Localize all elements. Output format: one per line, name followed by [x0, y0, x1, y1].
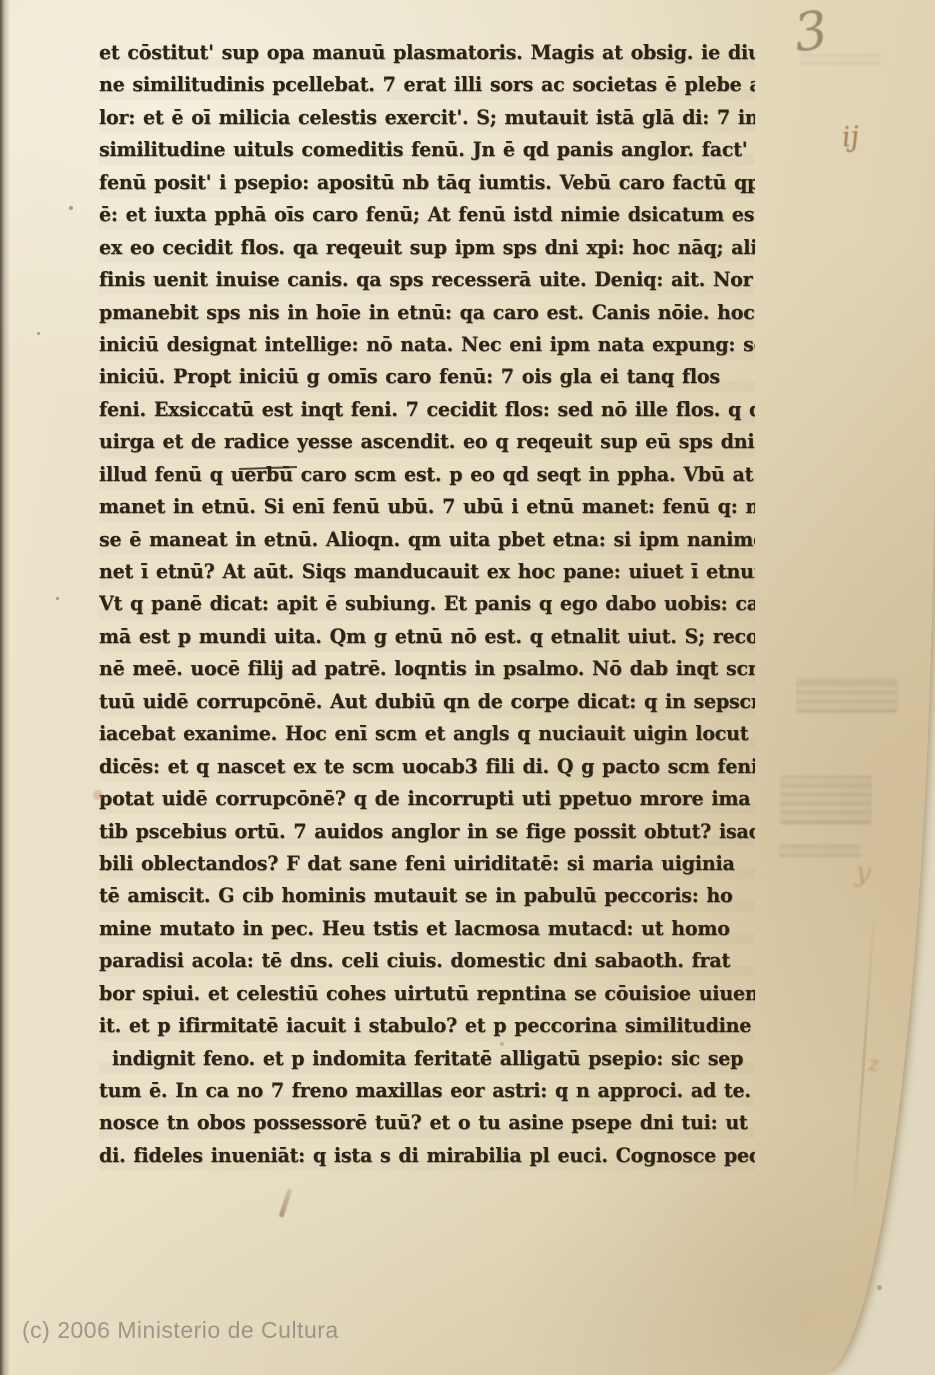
margin-mark: y: [854, 857, 872, 888]
parchment-speck: [56, 597, 59, 600]
manuscript-line: iniciū. Propt iniciū g omīs caro fenū: 7…: [99, 360, 755, 394]
manuscript-line: tuū uidē corrupcōnē. Aut dubiū qn de cor…: [99, 685, 755, 719]
manuscript-line: similitudine uituls comeditis fenū. Jn ē…: [99, 133, 755, 167]
faded-annotation: [779, 844, 861, 857]
manuscript-line: Vt q panē dicat: apit ē subiung. Et pani…: [99, 587, 755, 621]
manuscript-line: ē: et iuxta pphā oīs caro fenū; At fenū …: [99, 198, 755, 232]
manuscript-line: ne similitudinis pcellebat. 7 erat illi …: [99, 68, 755, 102]
manuscript-line: paradisi acola: tē dns. celi ciuis. dome…: [99, 944, 755, 978]
manuscript-line: se ē maneat in etnū. Alioqn. qm uita pbe…: [99, 523, 755, 557]
parchment-speck: [500, 1042, 504, 1046]
red-ink-spot: [93, 790, 103, 800]
manuscript-line: iacebat exanime. Hoc enī scm et angls q …: [99, 717, 755, 751]
text-block: et cōstitut' sup opa manuū plasmatoris. …: [99, 36, 755, 1171]
parchment-speck: [220, 598, 224, 602]
manuscript-line: ex eo cecidit flos. qa reqeuit sup ipm s…: [99, 231, 755, 265]
manuscript-line: it. et p ifirmitatē iacuit i stabulo? et…: [99, 1009, 755, 1043]
manuscript-line: iniciū designat intellige: nō nata. Nec …: [99, 328, 755, 362]
manuscript-line: illud fenū q uerbū caro scm est. p eo qd…: [99, 458, 755, 492]
parchment-speck: [37, 332, 40, 335]
quire-mark: ij: [841, 121, 860, 153]
manuscript-line: uirga et de radice yesse ascendit. eo q …: [99, 425, 755, 459]
manuscript-line: bili oblectandos? F dat sane feni uiridi…: [99, 847, 755, 881]
manuscript-line: net ī etnū? At aūt. Siqs manducauit ex h…: [99, 555, 755, 589]
manuscript-line: feni. Exsiccatū est inqt feni. 7 cecidit…: [99, 393, 755, 427]
manuscript-line: tib pscebius ortū. 7 auidos anglor in se…: [99, 815, 755, 849]
manuscript-line: potat uidē corrupcōnē? q de incorrupti u…: [99, 782, 755, 816]
manuscript-line: bor spiui. et celestiū cohes uirtutū rep…: [99, 977, 755, 1011]
parchment-speck: [69, 206, 73, 210]
manuscript-line: tē amiscit. G cib hominis mutauit se in …: [99, 879, 755, 913]
manuscript-line: nē meē. uocē filij ad patrē. loqntis in …: [99, 652, 755, 686]
manuscript-line: tum ē. In ca no 7 freno maxillas eor ast…: [99, 1074, 755, 1108]
manuscript-line: dicēs: et q nascet ex te scm uocab3 fili…: [99, 750, 755, 784]
manuscript-line: finis uenit inuise canis. qa sps recesse…: [99, 263, 755, 297]
manuscript-line: indignit feno. et p indomita feritatē al…: [99, 1042, 755, 1076]
manuscript-line: fenū posit' i psepio: apositū nb tāq ium…: [99, 166, 755, 200]
manuscript-scan: 3 ij y z et cōstitut' sup opa manuū plas…: [0, 0, 935, 1375]
parchment-leaf: 3 ij y z et cōstitut' sup opa manuū plas…: [0, 0, 935, 1375]
faded-annotation: [797, 679, 897, 713]
faded-annotation: [800, 54, 880, 65]
margin-mark: z: [867, 1052, 880, 1078]
manuscript-line: mine mutato in pec. Heu tstis et lacmosa…: [99, 912, 755, 946]
manuscript-line: mā est p mundi uita. Qm g etnū nō est. q…: [99, 620, 755, 654]
copyright-watermark: (c) 2006 Ministerio de Cultura: [22, 1317, 339, 1344]
manuscript-line: manet in etnū. Si enī fenū ubū. 7 ubū i …: [99, 490, 755, 524]
manuscript-line: nosce tn obos possessorē tuū? et o tu as…: [99, 1106, 755, 1140]
pen-trial-mark: [278, 1188, 292, 1218]
manuscript-line: et cōstitut' sup opa manuū plasmatoris. …: [99, 36, 755, 70]
manuscript-line: lor: et ē oī milicia celestis exercit'. …: [99, 101, 755, 135]
faded-annotation: [781, 776, 871, 824]
parchment-speck: [877, 1285, 882, 1290]
binding-gutter-shadow: [0, 0, 10, 1375]
manuscript-line: di. fideles inueniāt: q ista s di mirabi…: [99, 1139, 755, 1173]
manuscript-line: pmanebit sps nis in hoīe in etnū: qa car…: [99, 296, 755, 330]
